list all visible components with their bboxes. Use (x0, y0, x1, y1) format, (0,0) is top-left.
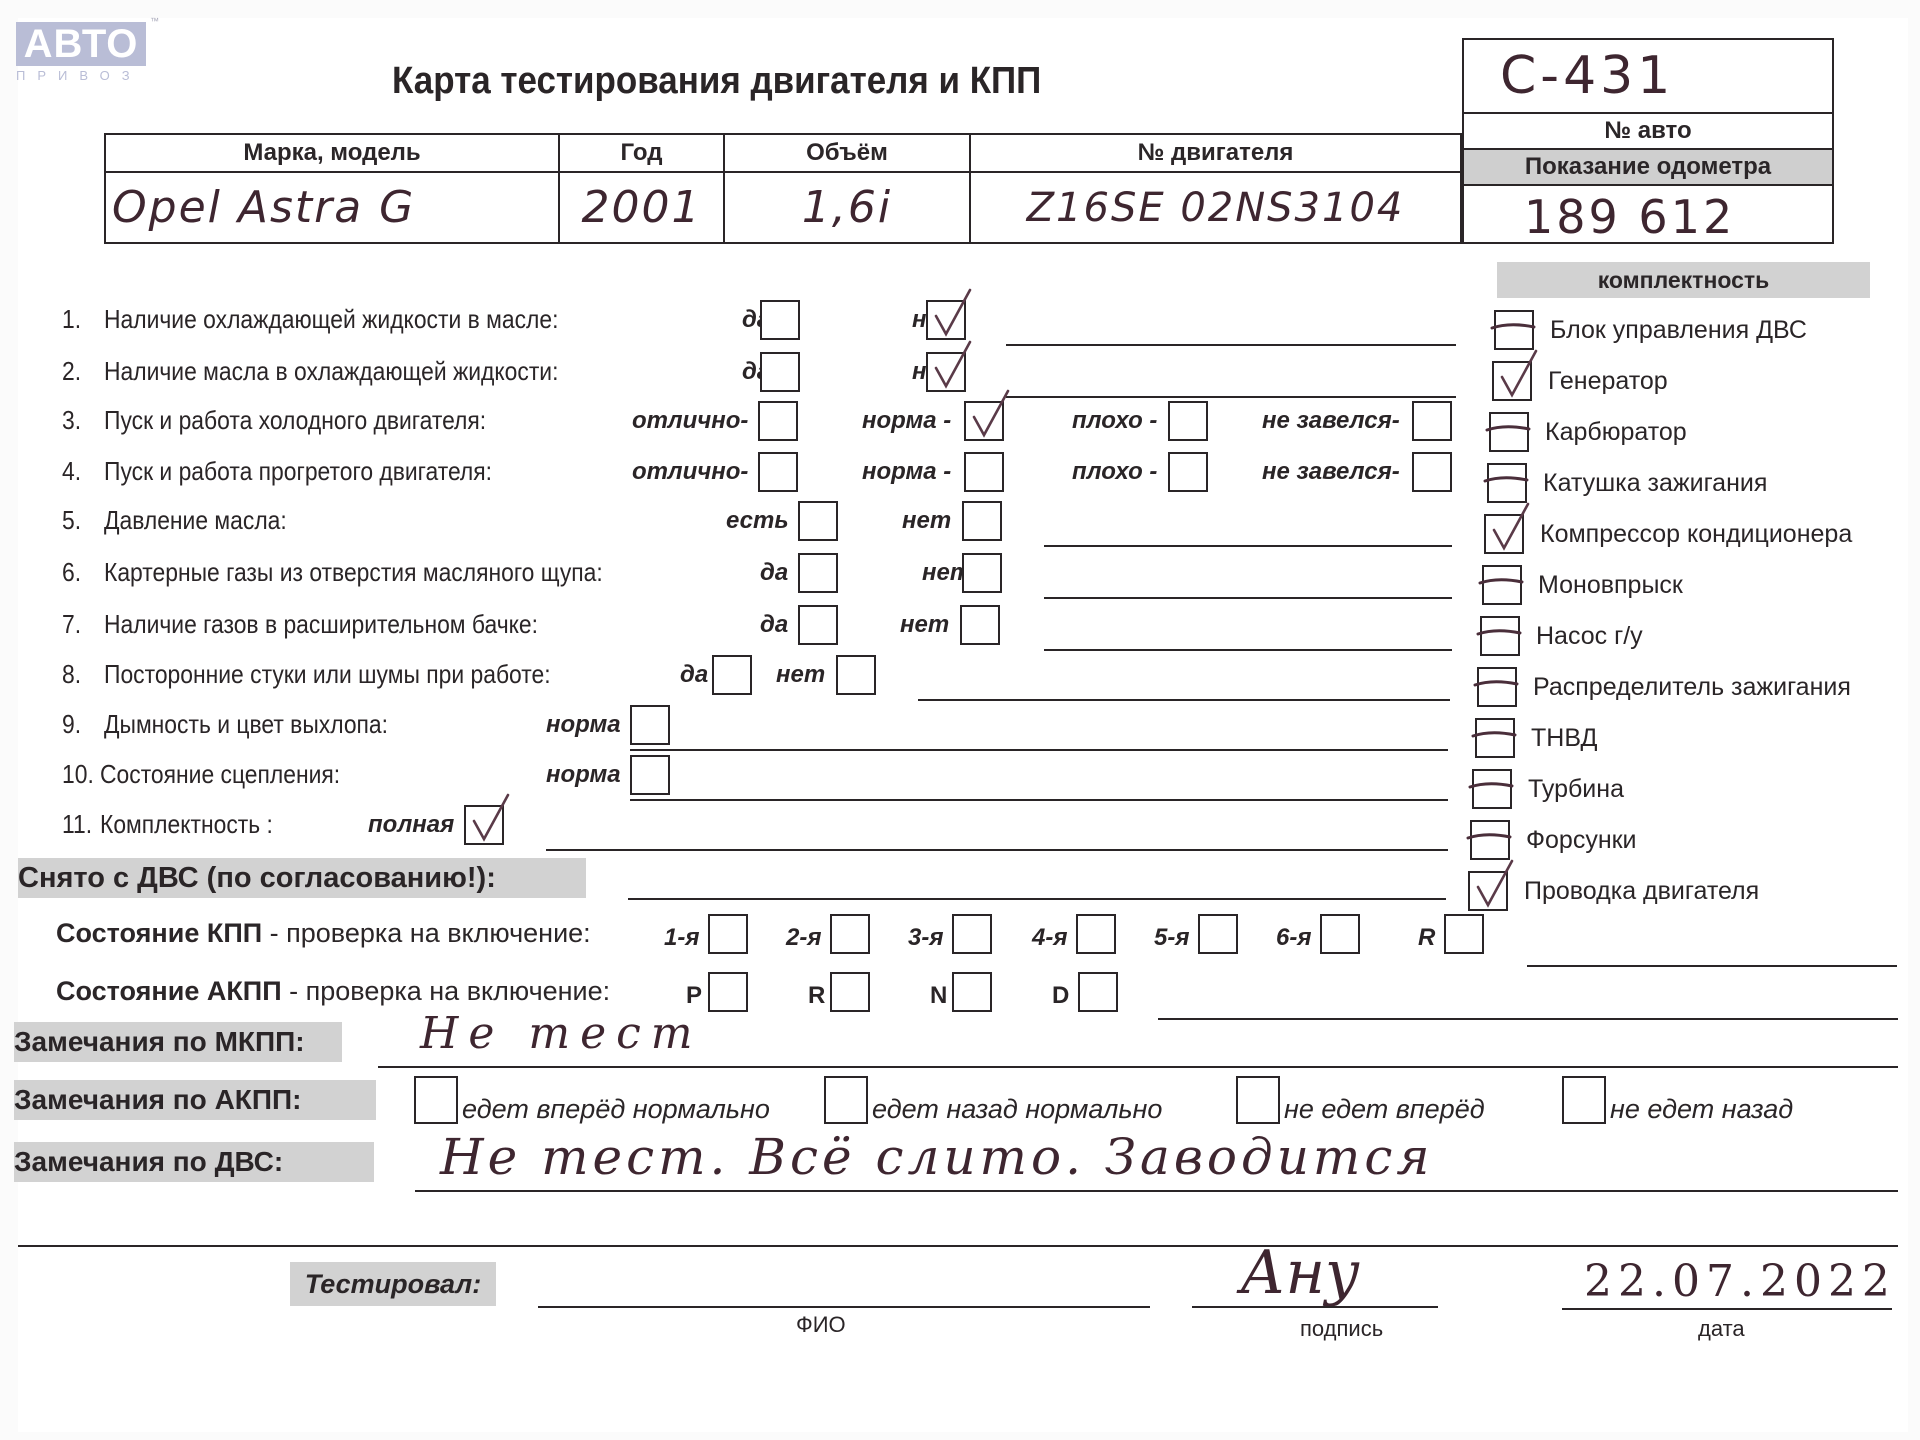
auto-gear-label: R (808, 982, 825, 1010)
checklist-item-2-checkbox[interactable] (760, 352, 800, 392)
checklist-item-3-checkbox[interactable] (964, 401, 1004, 441)
tested-by-label: Тестировал: (290, 1262, 496, 1306)
car-number-value[interactable]: C-431 (1464, 40, 1832, 114)
volume-cell: Объём 1,6i (725, 135, 971, 242)
volume-label: Объём (725, 135, 969, 173)
checklist-item-6-checkbox[interactable] (798, 553, 838, 593)
checklist-item-3-checkbox[interactable] (1168, 401, 1208, 441)
dash-mark-icon (1478, 575, 1524, 589)
dash-mark-icon (1473, 677, 1519, 691)
checklist-item-5-option-label: есть (726, 507, 789, 535)
checklist-item-1-number: 1. (62, 304, 81, 335)
checklist-item-8-checkbox[interactable] (712, 655, 752, 695)
checklist-item-6-option-label: да (760, 559, 788, 587)
completeness-checkbox-12[interactable] (1468, 871, 1508, 911)
checklist-item-8-label: Посторонние стуки или шумы при работе: (104, 659, 551, 690)
volume-value[interactable]: 1,6i (725, 173, 969, 243)
signature-value: Ану (1240, 1238, 1360, 1308)
checklist-item-4-label: Пуск и работа прогретого двигателя: (104, 456, 492, 487)
checklist-item-10-option-label: норма (546, 761, 621, 789)
checklist-item-1-notes-line[interactable] (1006, 344, 1456, 346)
manual-gear-label: 1-я (664, 924, 699, 952)
completeness-item-label: Генератор (1548, 367, 1668, 396)
completeness-item-label: Форсунки (1526, 826, 1637, 855)
completeness-item-label: Компрессор кондиционера (1540, 520, 1852, 549)
checklist-item-4-checkbox[interactable] (964, 452, 1004, 492)
auto-gearbox-label-bold: Состояние АКПП (56, 976, 282, 1006)
completeness-item-label: Катушка зажигания (1543, 469, 1767, 498)
checklist-item-5-checkbox[interactable] (962, 501, 1002, 541)
checklist-item-3-number: 3. (62, 405, 81, 436)
checklist-item-7-checkbox[interactable] (960, 605, 1000, 645)
auto-gearbox-label: Состояние АКПП - проверка на включение: (56, 976, 610, 1007)
year-label: Год (560, 135, 723, 173)
brand-trademark: ™ (150, 16, 159, 26)
akpp-remark-label: не едет назад (1610, 1094, 1793, 1125)
completeness-item-label: Насос г/у (1536, 622, 1643, 651)
manual-gear-label: 2-я (786, 924, 821, 952)
signature-label: подпись (1300, 1316, 1383, 1342)
checklist-item-11-checkbox[interactable] (464, 805, 504, 845)
manual-gear-checkbox-3[interactable] (952, 914, 992, 954)
checklist-item-3-option-label: плохо - (1072, 407, 1157, 435)
engine-number-value[interactable]: Z16SE 02NS3104 (971, 173, 1460, 243)
checklist-item-2-label: Наличие масла в охлаждающей жидкости: (104, 356, 558, 387)
make-model-label: Марка, модель (106, 135, 558, 173)
make-model-value[interactable]: Opel Astra G (106, 173, 558, 243)
manual-gear-checkbox-2[interactable] (830, 914, 870, 954)
checklist-item-5-label: Давление масла: (104, 505, 287, 536)
checklist-item-6-label: Картерные газы из отверстия масляного щу… (104, 557, 603, 588)
manual-gear-checkbox-4[interactable] (1076, 914, 1116, 954)
vehicle-info-table: Марка, модель Opel Astra G Год 2001 Объё… (104, 133, 1462, 244)
dvs-remarks-extra-line (18, 1245, 1898, 1247)
checklist-item-2-number: 2. (62, 356, 81, 387)
date-value[interactable]: 22.07.2022 (1584, 1256, 1896, 1307)
engine-number-label: № двигателя (971, 135, 1460, 173)
checklist-item-3-checkbox[interactable] (1412, 401, 1452, 441)
akpp-remark-checkbox-2[interactable] (824, 1076, 868, 1124)
manual-gear-label: R (1418, 924, 1435, 952)
checklist-item-4-checkbox[interactable] (758, 452, 798, 492)
auto-gear-checkbox-4[interactable] (1078, 972, 1118, 1012)
checklist-item-9-notes-line[interactable] (630, 749, 1448, 751)
fio-line[interactable] (538, 1306, 1150, 1308)
checklist-item-3-checkbox[interactable] (758, 401, 798, 441)
dvs-remarks-value[interactable]: Не тест. Всё слито. Заводится (440, 1128, 1433, 1186)
completeness-item-label: Блок управления ДВС (1550, 316, 1807, 345)
checklist-item-8-option-label: да (680, 661, 708, 689)
checklist-item-2-checkbox[interactable] (926, 352, 966, 392)
checklist-item-10-notes-line[interactable] (630, 799, 1448, 801)
checklist-item-6-number: 6. (62, 557, 81, 588)
completeness-checkbox-1[interactable] (1494, 310, 1534, 350)
brand-logo: АВТО (16, 22, 146, 66)
checklist-item-8-checkbox[interactable] (836, 655, 876, 695)
removed-from-engine-line[interactable] (628, 898, 1446, 900)
auto-gear-checkbox-2[interactable] (830, 972, 870, 1012)
checklist-item-10-number: 10. (62, 759, 94, 790)
completeness-checkbox-3[interactable] (1489, 412, 1529, 452)
akpp-remark-label: не едет вперёд (1284, 1094, 1485, 1125)
checklist-item-5-checkbox[interactable] (798, 501, 838, 541)
checklist-item-9-option-label: норма (546, 711, 621, 739)
mkpp-remarks-label: Замечания по МКПП: (14, 1022, 342, 1062)
completeness-checkbox-4[interactable] (1487, 463, 1527, 503)
checklist-item-11-number: 11. (62, 809, 92, 840)
fio-label: ФИО (796, 1312, 846, 1338)
mkpp-remarks-line (378, 1066, 1898, 1068)
page-title: Карта тестирования двигателя и КПП (392, 60, 1041, 103)
akpp-remark-checkbox-3[interactable] (1236, 1076, 1280, 1124)
checklist-item-6-notes-line[interactable] (1044, 597, 1452, 599)
dash-mark-icon (1466, 830, 1512, 844)
checklist-item-4-option-label: плохо - (1072, 458, 1157, 486)
completeness-item-label: ТНВД (1531, 724, 1597, 753)
odometer-label: Показание одометра (1464, 150, 1832, 186)
auto-gear-checkbox-3[interactable] (952, 972, 992, 1012)
checklist-item-8-option-label: нет (776, 661, 825, 689)
mkpp-remarks-value[interactable]: Не тест (420, 1008, 703, 1059)
auto-gear-checkbox-1[interactable] (708, 972, 748, 1012)
brand-subtitle: ПРИВОЗ (16, 68, 142, 83)
completeness-checkbox-8[interactable] (1477, 667, 1517, 707)
completeness-checkbox-9[interactable] (1475, 718, 1515, 758)
completeness-item-label: Турбина (1528, 775, 1624, 804)
dash-mark-icon (1490, 320, 1536, 334)
completeness-title: комплектность (1497, 262, 1870, 298)
manual-gear-label: 6-я (1276, 924, 1311, 952)
checklist-item-9-label: Дымность и цвет выхлопа: (104, 709, 388, 740)
completeness-item-label: Карбюратор (1545, 418, 1687, 447)
date-label: дата (1698, 1316, 1745, 1342)
checklist-item-7-checkbox[interactable] (798, 605, 838, 645)
dash-mark-icon (1468, 779, 1514, 793)
manual-gear-label: 4-я (1032, 924, 1067, 952)
completeness-checkbox-11[interactable] (1470, 820, 1510, 860)
checklist-item-5-number: 5. (62, 505, 81, 536)
checklist-item-10-label: Состояние сцепления: (100, 759, 340, 790)
removed-from-engine-label: Снято с ДВС (по согласованию!): (18, 858, 586, 898)
car-number-odometer-box: C-431 № авто Показание одометра 189 612 (1462, 38, 1834, 244)
checklist-item-9-number: 9. (62, 709, 81, 740)
checklist-item-11-label: Комплектность : (100, 809, 273, 840)
checklist-item-5-notes-line[interactable] (1044, 545, 1452, 547)
checklist-item-4-checkbox[interactable] (1412, 452, 1452, 492)
manual-gearbox-label-rest: - проверка на включение: (262, 918, 591, 948)
checklist-item-10-checkbox[interactable] (630, 755, 670, 795)
auto-gear-label: P (686, 982, 702, 1010)
checklist-item-9-checkbox[interactable] (630, 705, 670, 745)
manual-gear-label: 3-я (908, 924, 943, 952)
dvs-remarks-label: Замечания по ДВС: (14, 1142, 374, 1182)
checklist-item-7-number: 7. (62, 609, 81, 640)
checklist-item-11-option-label: полная (368, 811, 454, 839)
checklist-item-1-label: Наличие охлаждающей жидкости в масле: (104, 304, 558, 335)
year-value[interactable]: 2001 (560, 173, 723, 243)
checklist-item-4-option-label: норма - (862, 458, 951, 486)
completeness-item-label: Моновпрыск (1538, 571, 1683, 600)
completeness-item-label: Проводка двигателя (1524, 877, 1759, 906)
dvs-remarks-line (415, 1190, 1898, 1192)
akpp-remark-checkbox-1[interactable] (414, 1076, 458, 1124)
dash-mark-icon (1471, 728, 1517, 742)
auto-gearbox-notes-line[interactable] (1158, 1018, 1898, 1020)
dash-mark-icon (1483, 473, 1529, 487)
signature-line[interactable] (1192, 1306, 1438, 1308)
checklist-item-4-checkbox[interactable] (1168, 452, 1208, 492)
checklist-item-7-label: Наличие газов в расширительном бачке: (104, 609, 538, 640)
manual-gear-label: 5-я (1154, 924, 1189, 952)
manual-gearbox-label-bold: Состояние КПП (56, 918, 262, 948)
checklist-item-2-notes-line[interactable] (1006, 396, 1456, 398)
checklist-item-8-number: 8. (62, 659, 81, 690)
checklist-item-7-option-label: да (760, 611, 788, 639)
checklist-item-11-notes-line[interactable] (546, 849, 1448, 851)
completeness-checkbox-2[interactable] (1492, 361, 1532, 401)
checklist-item-4-number: 4. (62, 456, 81, 487)
checklist-item-1-checkbox[interactable] (760, 300, 800, 340)
dash-mark-icon (1485, 422, 1531, 436)
checklist-item-4-option-label: отлично- (632, 458, 748, 486)
manual-gear-checkbox-1[interactable] (708, 914, 748, 954)
auto-gear-label: D (1052, 982, 1069, 1010)
checklist-item-7-notes-line[interactable] (1044, 649, 1452, 651)
akpp-remark-label: едет вперёд нормально (462, 1094, 770, 1125)
manual-gear-checkbox-5[interactable] (1198, 914, 1238, 954)
checklist-item-7-option-label: нет (900, 611, 949, 639)
year-cell: Год 2001 (560, 135, 725, 242)
completeness-checkbox-6[interactable] (1482, 565, 1522, 605)
akpp-remark-label: едет назад нормально (872, 1094, 1162, 1125)
checklist-item-8-notes-line[interactable] (918, 699, 1450, 701)
dash-mark-icon (1476, 626, 1522, 640)
checklist-item-3-option-label: не завелся- (1262, 407, 1400, 435)
checklist-item-3-label: Пуск и работа холодного двигателя: (104, 405, 486, 436)
engine-number-cell: № двигателя Z16SE 02NS3104 (971, 135, 1460, 242)
akpp-remark-checkbox-4[interactable] (1562, 1076, 1606, 1124)
odometer-value[interactable]: 189 612 (1464, 186, 1832, 248)
checklist-item-3-option-label: отлично- (632, 407, 748, 435)
manual-gearbox-notes-line[interactable] (1527, 965, 1897, 967)
manual-gearbox-label: Состояние КПП - проверка на включение: (56, 918, 591, 949)
date-line (1562, 1308, 1892, 1310)
auto-gear-label: N (930, 982, 947, 1010)
completeness-item-label: Распределитель зажигания (1533, 673, 1851, 702)
completeness-checkbox-10[interactable] (1472, 769, 1512, 809)
manual-gear-checkbox-6[interactable] (1320, 914, 1360, 954)
checklist-item-1-checkbox[interactable] (926, 300, 966, 340)
checklist-item-3-option-label: норма - (862, 407, 951, 435)
akpp-remarks-label: Замечания по АКПП: (14, 1080, 376, 1120)
car-number-label: № авто (1464, 114, 1832, 150)
completeness-checkbox-7[interactable] (1480, 616, 1520, 656)
checklist-item-4-option-label: не завелся- (1262, 458, 1400, 486)
auto-gearbox-label-rest: - проверка на включение: (282, 976, 611, 1006)
completeness-checkbox-5[interactable] (1484, 514, 1524, 554)
checklist-item-6-checkbox[interactable] (962, 553, 1002, 593)
make-model-cell: Марка, модель Opel Astra G (106, 135, 560, 242)
manual-gear-checkbox-7[interactable] (1444, 914, 1484, 954)
checklist-item-5-option-label: нет (902, 507, 951, 535)
